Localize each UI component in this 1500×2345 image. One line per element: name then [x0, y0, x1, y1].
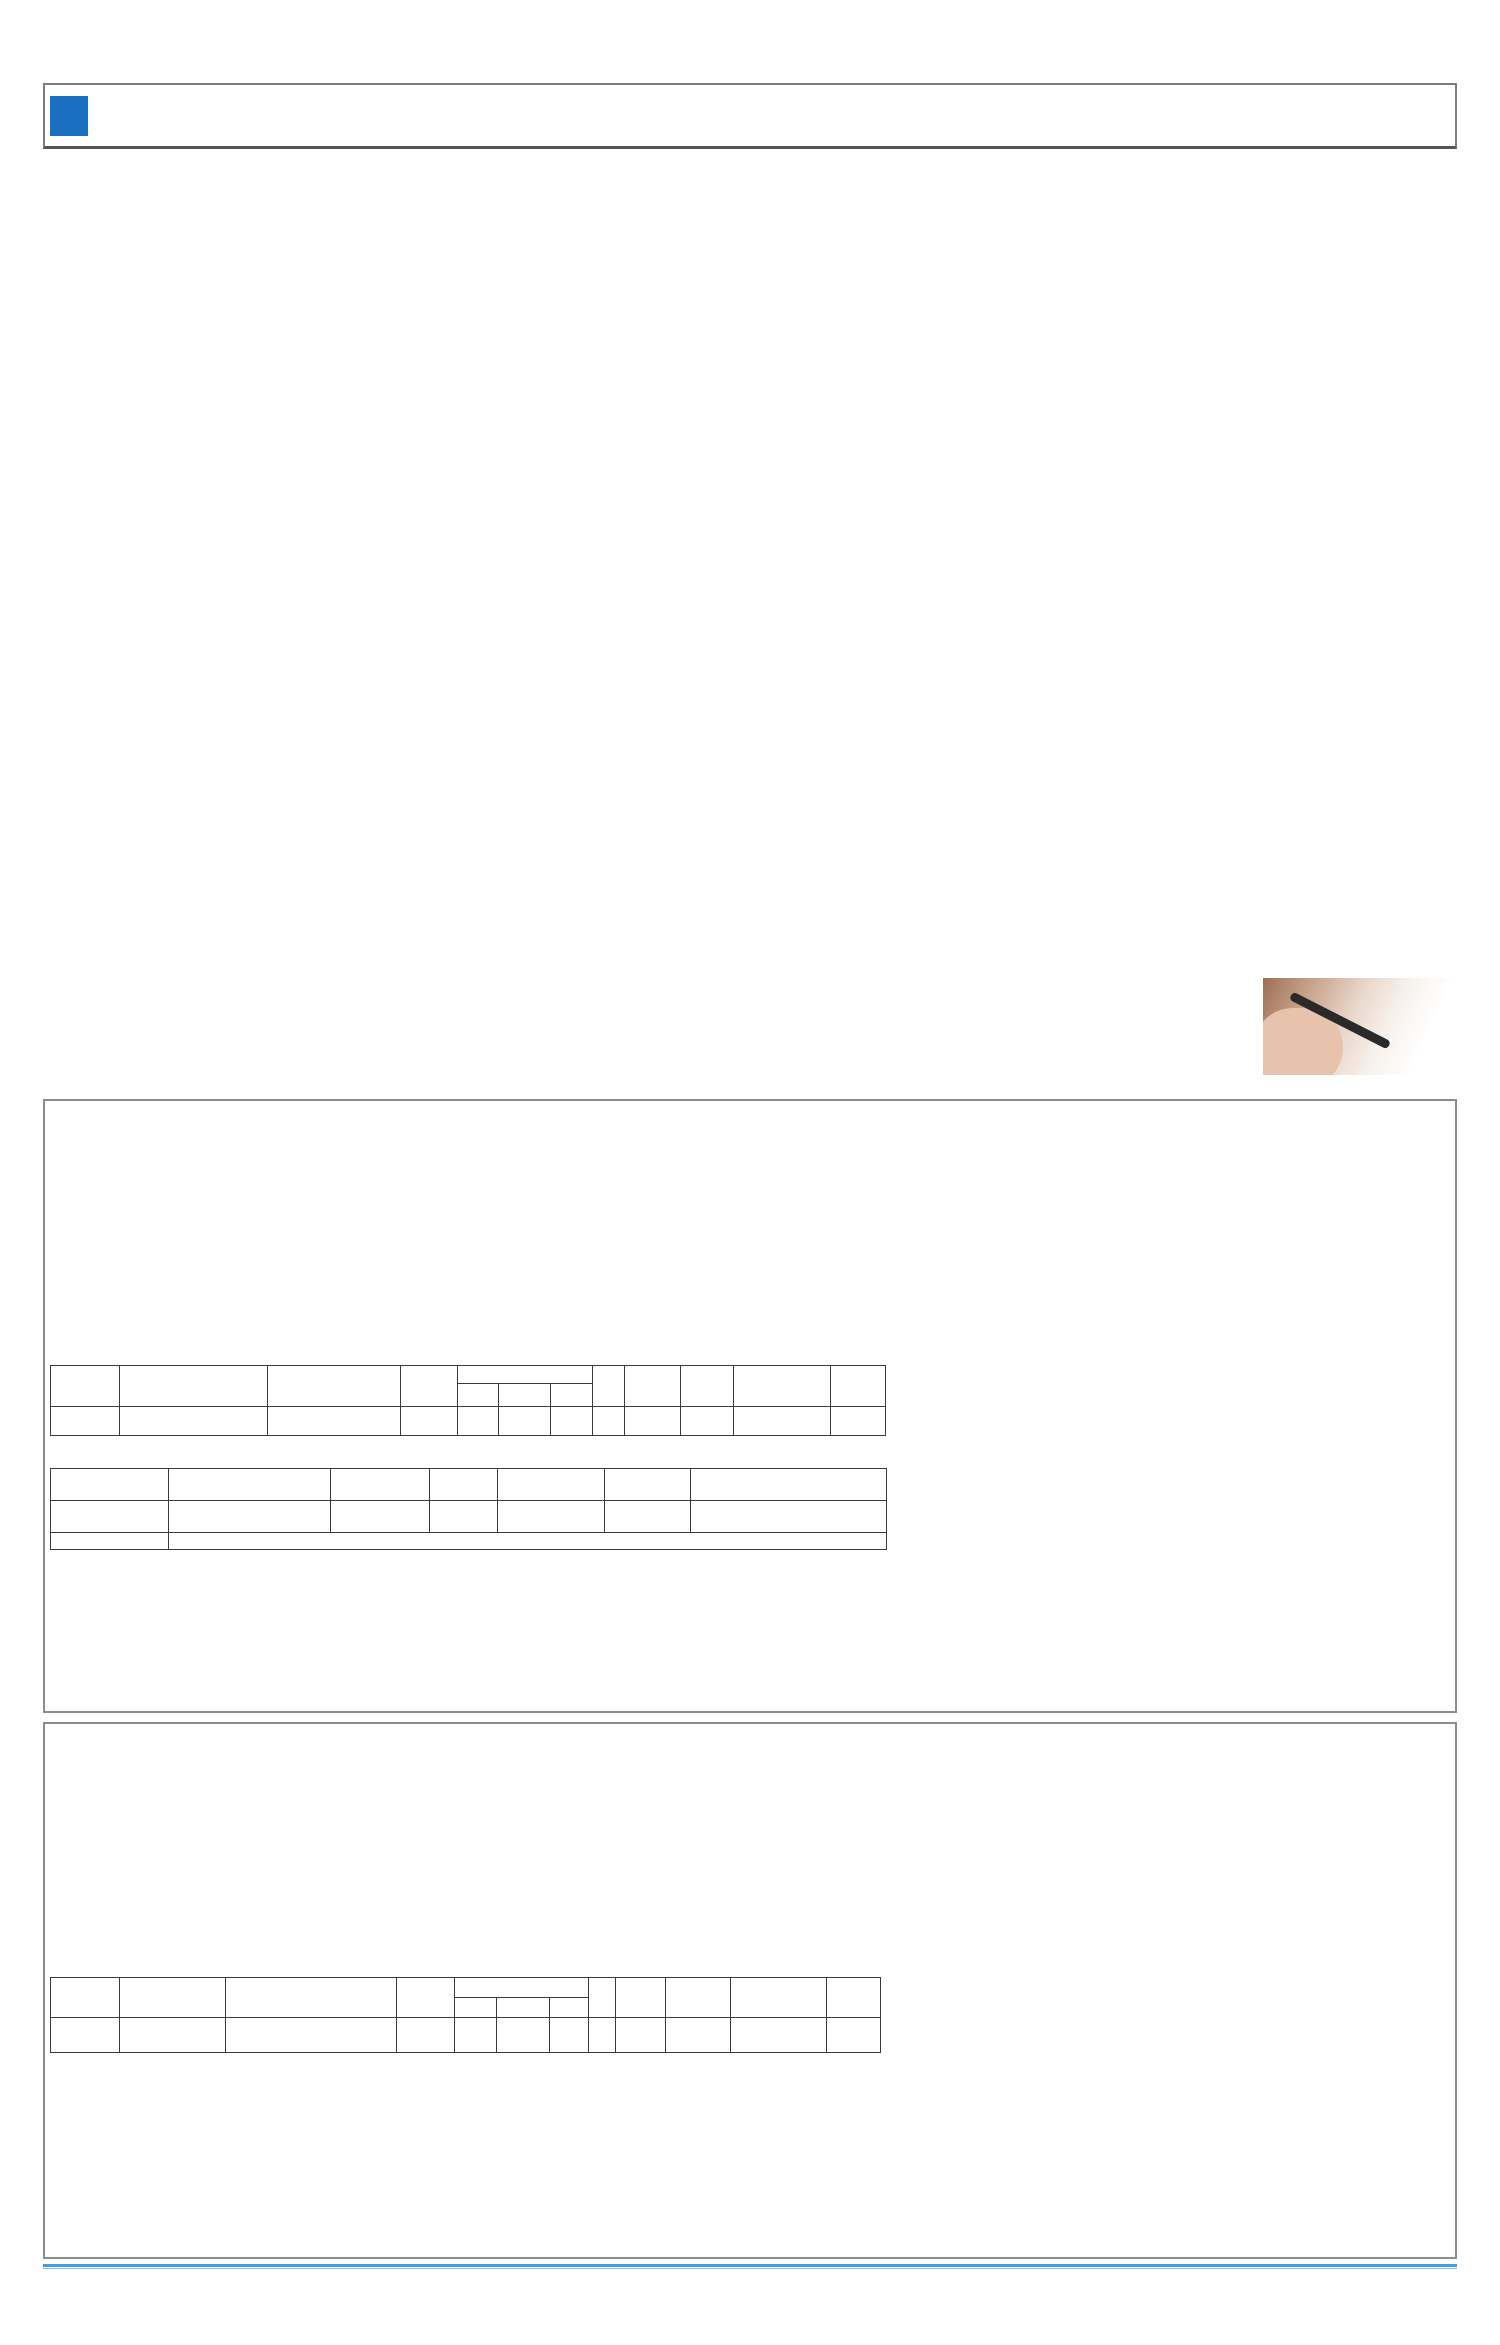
cell-area [268, 1407, 401, 1436]
cell-use [397, 2018, 455, 2053]
table-row [51, 2018, 881, 2053]
feature-column-upper [986, 158, 1316, 672]
notice-column-2-top [334, 1834, 597, 1976]
notice-column-1-bottom [50, 1551, 312, 1711]
cell-location [120, 1407, 268, 1436]
cell-green [551, 1407, 593, 1436]
column-badge-image [1263, 978, 1456, 1075]
notice-column-5 [1189, 1727, 1449, 2256]
header-parcel-no [51, 1366, 120, 1407]
header-method [625, 1366, 681, 1407]
header-location [120, 1978, 226, 2018]
header-far [455, 1998, 497, 2018]
header-start-price [681, 1366, 734, 1407]
notice-column-3-bottom [618, 1551, 881, 1711]
notice-column-4 [905, 1101, 1164, 1711]
notice-column-1-bottom [50, 2054, 312, 2256]
cell-area [226, 2018, 397, 2053]
header-deposit [827, 1978, 881, 2018]
header-use [397, 1978, 455, 2018]
footer-rule [43, 2264, 1457, 2269]
header-green [551, 1384, 593, 1407]
header-use [401, 1366, 458, 1407]
feature-column-middle [986, 672, 1450, 970]
page-header [43, 83, 1457, 149]
notice-column-1-top [50, 1220, 312, 1364]
cell-density [499, 1407, 551, 1436]
header-far [458, 1384, 499, 1407]
article-column-1 [46, 257, 332, 1064]
header-term [593, 1366, 625, 1407]
cell-emission [605, 1501, 691, 1533]
cell-far [458, 1407, 499, 1436]
header-parcel-no [51, 1978, 120, 2018]
cell-parcel-no [51, 1501, 169, 1533]
cell-increment [731, 2018, 827, 2053]
cell-start-price [666, 2018, 731, 2053]
header-area [226, 1978, 397, 2018]
cell-investment [331, 1501, 430, 1533]
notice-column-3-top [618, 1220, 881, 1364]
cell-term [593, 1407, 625, 1436]
header-pollution [691, 1469, 887, 1501]
notice-column-2-bottom [334, 2054, 597, 2256]
cell-pollution [691, 1501, 887, 1533]
notice-column-2-top [334, 1220, 597, 1364]
newspaper-page [0, 0, 1500, 2345]
cell-deposit [827, 2018, 881, 2053]
article-column-2 [354, 257, 641, 1064]
table-remark-row [51, 1533, 887, 1550]
notice-column-1-top [50, 1834, 312, 1976]
header-density [499, 1384, 551, 1407]
feature-title [1396, 180, 1438, 655]
article-column-3 [663, 257, 950, 1064]
cell-location [120, 2018, 226, 2053]
notice-column-2-bottom [334, 1551, 597, 1711]
page-number-badge [50, 96, 88, 136]
cell-far [455, 2018, 497, 2053]
cell-tax [430, 1501, 498, 1533]
header-planning [455, 1978, 589, 1998]
cell-energy [498, 1501, 605, 1533]
header-tax [430, 1469, 498, 1501]
header-start-price [666, 1978, 731, 2018]
cell-density [497, 2018, 550, 2053]
cell-parcel-no [51, 1407, 120, 1436]
header-area [268, 1366, 401, 1407]
header-deposit [831, 1366, 886, 1407]
cell-industry [169, 1501, 331, 1533]
header-green [550, 1998, 589, 2018]
header-increment [734, 1366, 831, 1407]
header-investment [331, 1469, 430, 1501]
header-industry [169, 1469, 331, 1501]
notice-column-4 [905, 1727, 1164, 2256]
feature-column-lower [986, 970, 1250, 1068]
cell-remark-label [51, 1533, 169, 1550]
notice-column-3-bottom [618, 2054, 881, 2256]
header-parcel-no [51, 1469, 169, 1501]
parcel-basic-table [50, 1365, 886, 1436]
cell-parcel-no [51, 2018, 120, 2053]
header-energy [498, 1469, 605, 1501]
table-row [51, 1407, 886, 1436]
header-increment [731, 1978, 827, 2018]
header-planning [458, 1366, 593, 1384]
cell-green [550, 2018, 589, 2053]
header-method [616, 1978, 666, 2018]
cell-start-price [681, 1407, 734, 1436]
cell-increment [734, 1407, 831, 1436]
cell-use [401, 1407, 458, 1436]
header-emission [605, 1469, 691, 1501]
header-term [589, 1978, 616, 2018]
cell-method [616, 2018, 666, 2053]
notice-column-1-middle [50, 1436, 312, 1468]
cell-deposit [831, 1407, 886, 1436]
cell-term [589, 2018, 616, 2053]
cell-remark [169, 1533, 887, 1550]
parcel-basic-table [50, 1977, 881, 2053]
issue-date [352, 106, 366, 128]
table-row [51, 1501, 887, 1533]
header-density [497, 1998, 550, 2018]
notice-column-2-middle [334, 1436, 597, 1468]
cell-method [625, 1407, 681, 1436]
header-location [120, 1366, 268, 1407]
industry-indicator-table [50, 1468, 887, 1550]
editorial-credits [862, 106, 886, 128]
notice-column-3-top [618, 1834, 881, 1976]
notice-column-3-middle [618, 1436, 881, 1468]
notice-column-5 [1189, 1101, 1449, 1711]
